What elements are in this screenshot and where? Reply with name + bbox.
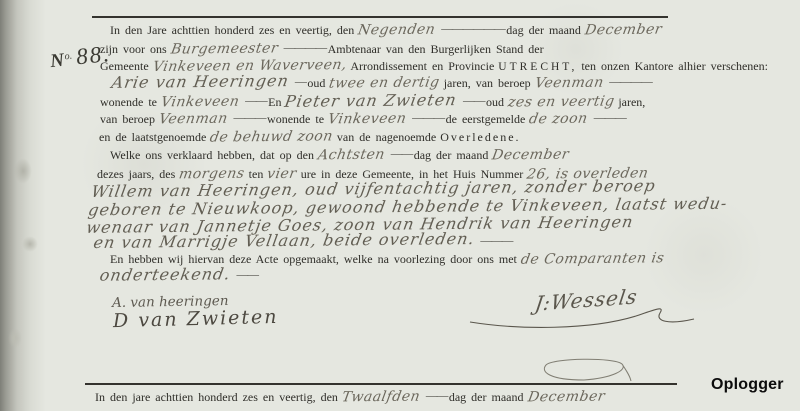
printed-text: Gemeente — [100, 59, 149, 73]
signature-declarant-2: D van Zwieten — [113, 306, 279, 332]
handwritten-text: Arie van Heeringen — [111, 73, 291, 90]
printed-text: In den jare achttien honderd zes en veer… — [95, 390, 338, 404]
document-line: wonende teVinkeveen——EnPieter van Zwiete… — [100, 93, 649, 110]
printed-text: wonende te — [267, 112, 324, 126]
printed-text: van de nagenoemde — [337, 130, 436, 144]
document-line: Arie van Heeringen—oudtwee en dertigjare… — [112, 74, 653, 91]
document-line: en de laatstgenoemdede behuwd zoonvan de… — [99, 129, 525, 145]
printed-text: dag der maand — [449, 390, 524, 404]
paper-speck — [8, 328, 22, 348]
pen-flourish-loop — [536, 356, 632, 382]
fill-dash: ——— — [234, 110, 266, 124]
printed-text: jaren, — [618, 95, 645, 109]
fill-dash: —— — [426, 388, 447, 402]
document-line: Welke ons verklaard hebben, dat op denAc… — [110, 147, 573, 163]
printed-text: van beroep — [100, 112, 155, 126]
handwritten-text: Veenman — [158, 112, 229, 128]
document-line: In den Jare achttien honderd zes en veer… — [110, 22, 666, 38]
fill-dash: ——— — [594, 110, 626, 124]
handwritten-text: Twaalfden — [341, 390, 422, 406]
printed-text: de eerstgemelde — [446, 112, 526, 126]
act-number-superscript: o. — [64, 51, 73, 63]
fill-dash: — — [295, 74, 306, 88]
handwritten-text: December — [526, 390, 605, 406]
printed-text: wonende te — [100, 95, 157, 109]
handwritten-text: onderteekend. — [99, 266, 232, 282]
printed-text: en de laatstgenoemde — [99, 130, 206, 144]
oplogger-watermark: Oplogger — [711, 376, 784, 394]
scan-edge-shadow — [0, 0, 46, 411]
document-line: en van Marrigje Vellaan, beide overleden… — [94, 233, 514, 250]
fill-dash: ——— — [412, 110, 444, 124]
printed-text: ten onzen Kantore alhier verschenen: — [581, 59, 768, 73]
document-line: In den jare achttien honderd zes en veer… — [95, 389, 608, 405]
handwritten-text: December — [584, 23, 663, 39]
fill-dash: ——— — [480, 233, 512, 247]
bottom-rule — [85, 383, 677, 385]
printed-text: dag der maand — [506, 23, 581, 37]
printed-text: In den Jare achttien honderd zes en veer… — [110, 23, 354, 37]
printed-text: oud — [307, 76, 325, 90]
printed-text: En — [268, 95, 281, 109]
printed-text: Arrondissement en Provincie — [350, 59, 494, 73]
printed-text: oud — [486, 95, 504, 109]
handwritten-text: de behuwd zoon — [209, 129, 334, 145]
handwritten-text: Vinkeveen — [327, 112, 408, 128]
paper-speck — [22, 236, 38, 252]
handwritten-text: Achtsten — [317, 148, 386, 164]
death-record-page: No. 88. In den Jare achttien honderd zes… — [0, 0, 800, 411]
fill-dash: ———— — [284, 40, 326, 54]
handwritten-text: Pieter van Zwieten — [284, 92, 458, 109]
printed-text: UTRECHT, — [498, 61, 577, 73]
printed-text: jaren, van beroep — [444, 76, 531, 90]
handwritten-text: de Comparanten is — [520, 251, 666, 267]
paper-speck — [14, 158, 32, 184]
fill-dash: —— — [391, 146, 412, 160]
fill-dash: —— — [463, 93, 484, 107]
handwritten-text: Vinkeveen — [160, 95, 241, 111]
handwritten-text: Negenden — [357, 23, 437, 39]
printed-text: dezes jaars, des — [97, 167, 175, 181]
handwritten-text: en van Marrigje Vellaan, beide overleden… — [92, 231, 476, 250]
fill-dash: —— — [236, 267, 257, 281]
handwritten-text: zes en veertig — [507, 94, 616, 110]
printed-text: zijn voor ons — [100, 42, 167, 56]
handwritten-text: Burgemeester — [169, 41, 279, 57]
fill-dash: ———— — [609, 74, 651, 88]
handwritten-text: Veenman — [533, 76, 604, 92]
fill-dash: —— — [245, 93, 266, 107]
document-line: van beroepVeenman———wonende teVinkeveen—… — [100, 111, 627, 127]
printed-text: dag der maand — [414, 148, 489, 162]
fill-dash: —————— — [441, 21, 504, 35]
document-line: zijn voor onsBurgemeester————Ambtenaar v… — [100, 41, 548, 57]
printed-text: Ambtenaar van den Burgerlijken Stand der — [328, 42, 544, 56]
printed-text: ten — [249, 167, 264, 181]
top-rule — [92, 16, 668, 18]
signature-flourish — [468, 300, 698, 334]
printed-text: Overledene. — [440, 130, 520, 144]
handwritten-text: December — [491, 148, 570, 164]
printed-text: Welke ons verklaard hebben, dat op den — [110, 148, 314, 162]
document-line: onderteekend.—— — [100, 267, 259, 284]
handwritten-text: de zoon — [528, 112, 589, 128]
handwritten-text: twee en dertig — [328, 75, 441, 91]
printed-text: En hebben wij hiervan deze Acte opgemaak… — [110, 252, 517, 266]
